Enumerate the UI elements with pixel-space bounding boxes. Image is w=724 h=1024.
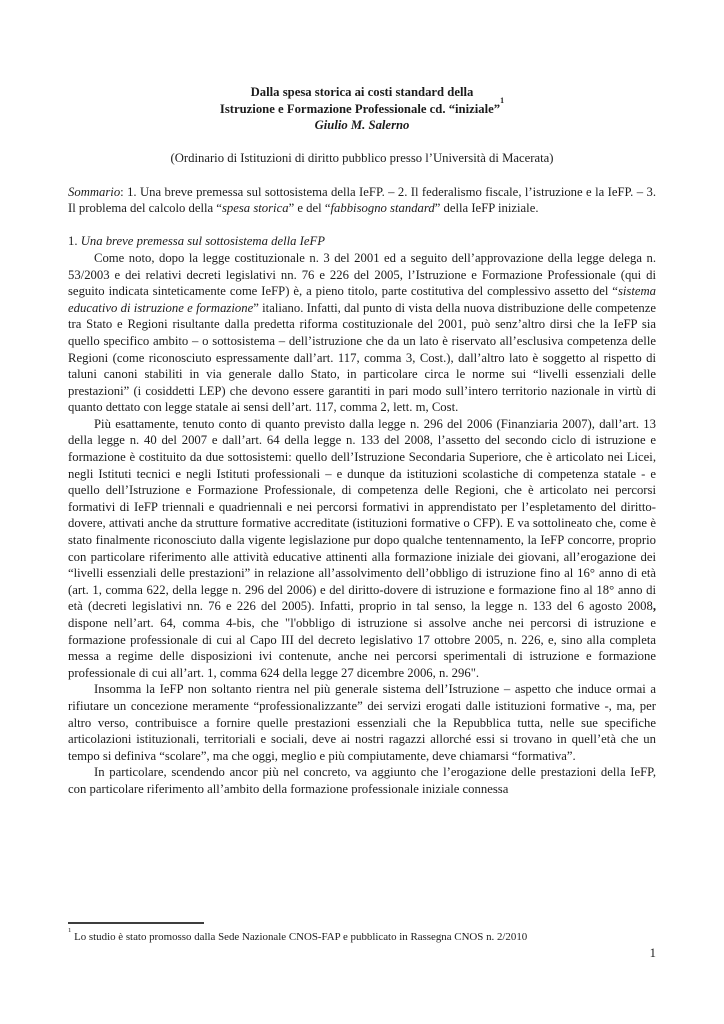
paragraph-2-bold-comma: ,: [653, 599, 656, 613]
paragraph-3: Insomma la IeFP non soltanto rientra nel…: [68, 681, 656, 764]
section-1-title: Una breve premessa sul sottosistema dell…: [81, 234, 325, 248]
sommario-text-2: ” e del “: [289, 201, 331, 215]
paragraph-2-text-a: Più esattamente, tenuto conto di quanto …: [68, 417, 656, 614]
author: Giulio M. Salerno: [68, 117, 656, 134]
title-line-2-text: Istruzione e Formazione Professionale cd…: [220, 102, 500, 116]
footnote: 1 Lo studio è stato promosso dalla Sede …: [68, 930, 656, 944]
title-line-1: Dalla spesa storica ai costi standard de…: [68, 84, 656, 101]
title-block: Dalla spesa storica ai costi standard de…: [68, 84, 656, 134]
sommario-text-3: ” della IeFP iniziale.: [435, 201, 539, 215]
footnote-ref: 1: [68, 927, 71, 934]
paragraph-2: Più esattamente, tenuto conto di quanto …: [68, 416, 656, 682]
sommario-italic-2: fabbisogno standard: [330, 201, 434, 215]
section-1-number: 1.: [68, 234, 81, 248]
title-footnote-ref: 1: [500, 96, 504, 105]
paragraph-2-text-c: dispone nell’art. 64, comma 4-bis, che "…: [68, 616, 656, 680]
sommario-paragraph: Sommario: 1. Una breve premessa sul sott…: [68, 184, 656, 217]
footnote-separator: [68, 922, 204, 924]
paragraph-4: In particolare, scendendo ancor più nel …: [68, 764, 656, 797]
affiliation: (Ordinario di Istituzioni di diritto pub…: [68, 150, 656, 167]
paragraph-1-text-b: ” italiano. Infatti, dal punto di vista …: [68, 301, 656, 415]
document-page: Dalla spesa storica ai costi standard de…: [0, 0, 724, 1024]
paragraph-1-text-a: Come noto, dopo la legge costituzionale …: [68, 251, 656, 298]
sommario-italic-1: spesa storica: [222, 201, 289, 215]
section-1-heading: 1. Una breve premessa sul sottosistema d…: [68, 233, 656, 250]
page-content: Dalla spesa storica ai costi standard de…: [68, 84, 656, 798]
page-number: 1: [650, 945, 656, 962]
paragraph-1: Come noto, dopo la legge costituzionale …: [68, 250, 656, 416]
title-line-2: Istruzione e Formazione Professionale cd…: [68, 101, 656, 118]
footnote-text: Lo studio è stato promosso dalla Sede Na…: [71, 931, 527, 943]
sommario-label: Sommario: [68, 185, 120, 199]
footnote-area: 1 Lo studio è stato promosso dalla Sede …: [68, 922, 656, 944]
